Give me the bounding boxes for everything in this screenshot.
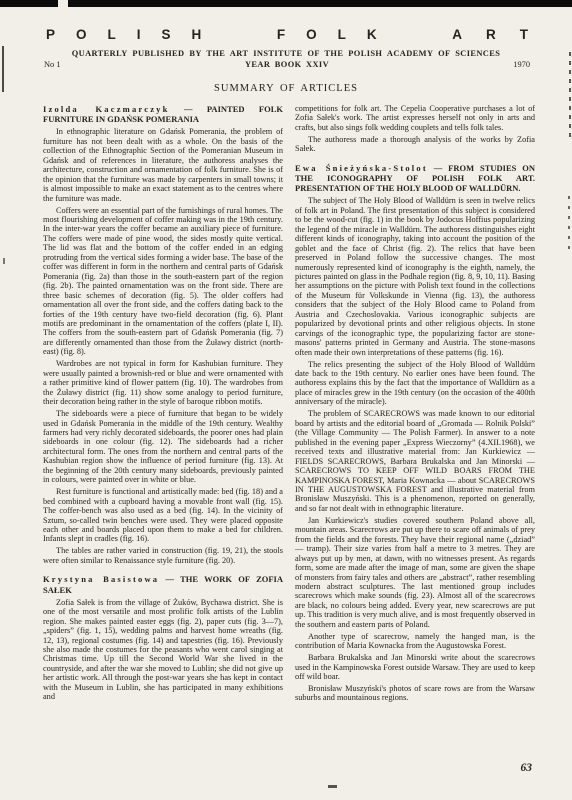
page-number: 63 [521,762,533,774]
article-heading-work-of-zofia-salek: Krystyna Basistowa — THE WORK OF ZOFIA S… [43,574,283,594]
article-heading-iconography-holy-blood: Ewa Śnieżyńska-Stolot — FROM STUDIES ON … [295,163,535,194]
journal-subtitle: QUARTERLY PUBLISHED BY THE ART INSTITUTE… [0,49,572,58]
issue-row: No 1 YEAR BOOK XXIV 1970 [0,60,572,69]
right-column: competitions for folk art. The Cepelia C… [295,104,535,756]
text-columns: Izolda Kaczmarczyk — PAINTED FOLK FURNIT… [0,94,572,756]
paragraph: Zofia Sałek is from the village of Żuków… [43,598,283,702]
paragraph: The subject of The Holy Blood of Walldür… [295,196,535,357]
article-heading-painted-folk-furniture: Izolda Kaczmarczyk — PAINTED FOLK FURNIT… [43,104,283,124]
scan-artifact-left-2 [3,258,5,264]
scanned-journal-page: POLISH FOLK ART QUARTERLY PUBLISHED BY T… [0,0,572,800]
paragraph: Coffers were an essential part of the fu… [43,206,283,357]
article-author: Izolda Kaczmarczyk [43,104,170,114]
year-label: 1970 [410,60,530,69]
left-column: Izolda Kaczmarczyk — PAINTED FOLK FURNIT… [43,104,283,756]
paragraph: The relics presenting the subject of the… [295,360,535,407]
article-author: Krystyna Basistowa [43,574,159,584]
paragraph: The problem of SCARECROWS was made known… [295,409,535,513]
journal-title: POLISH FOLK ART [0,27,572,42]
yearbook-label: YEAR BOOK XXIV [164,60,410,69]
issue-number: No 1 [44,60,164,69]
article-author: Ewa Śnieżyńska-Stolot [295,163,428,173]
journal-title-word-3: ART [452,27,552,42]
paragraph: Wardrobes are not typical in form for Ka… [43,359,283,406]
masthead: POLISH FOLK ART QUARTERLY PUBLISHED BY T… [0,0,572,94]
scan-artifact-bottom [328,785,337,788]
paragraph-continuation: competitions for folk art. The Cepelia C… [295,104,535,132]
paragraph: Another type of scarecrow, namely the ha… [295,632,535,651]
scan-artifact-right [569,52,571,142]
scan-edge-artifact-top [0,0,572,7]
paragraph: The authoress made a thorough analysis o… [295,135,535,154]
scan-artifact-left [2,46,4,92]
paragraph: In ethnographic literature on Gdańsk Pom… [43,127,283,203]
paragraph: The sideboards were a piece of furniture… [43,409,283,485]
paragraph: Bronisław Muszyński's photos of scare ro… [295,684,535,703]
paragraph: Barbara Brukalska and Jan Minorski write… [295,653,535,681]
paragraph: Jan Kurkiewicz's studies covered souther… [295,516,535,629]
journal-title-word-2: FOLK [277,27,398,42]
paragraph: Rest furniture is functional and artisti… [43,487,283,544]
section-heading: SUMMARY OF ARTICLES [0,83,572,94]
paragraph: The tables are rather varied in construc… [43,546,283,565]
journal-title-word-1: POLISH [46,27,222,42]
scan-artifact-right-2 [568,196,570,256]
